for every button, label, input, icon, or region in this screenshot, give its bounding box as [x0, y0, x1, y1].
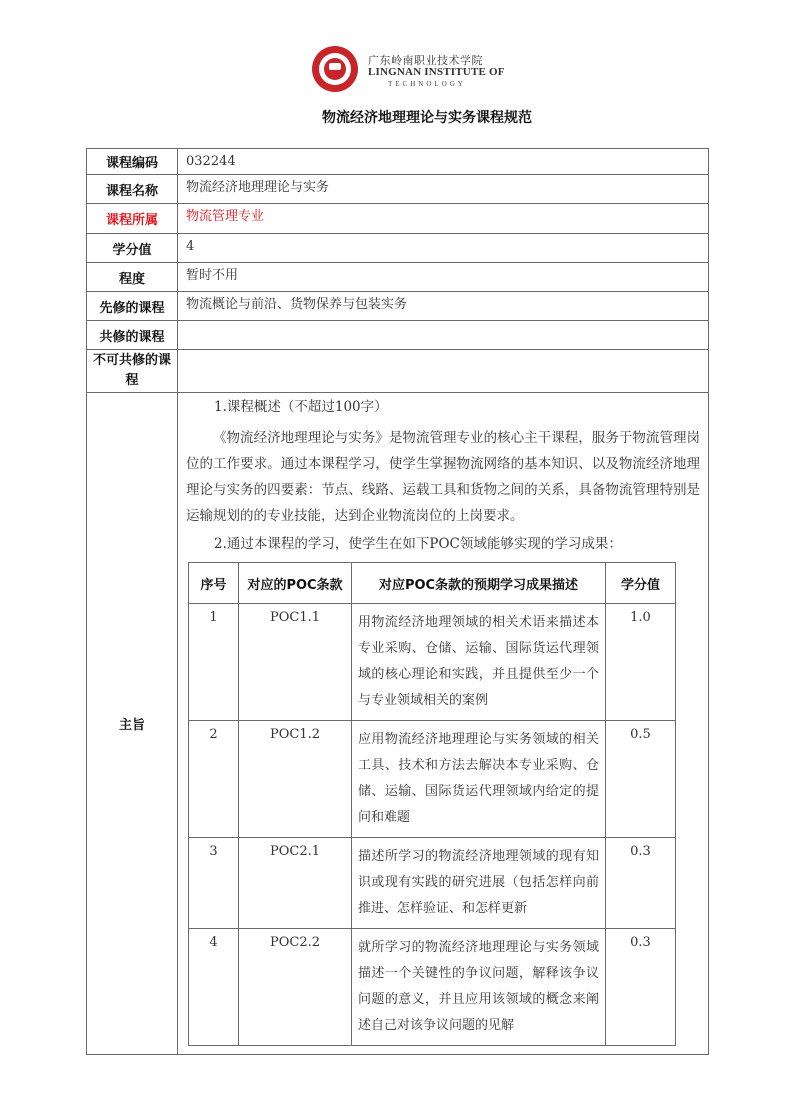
row-credit: 1.0: [606, 604, 676, 721]
table-row: 1 POC1.1 用物流经济地理领域的相关术语来描述本专业采购、仓储、运输、国际…: [189, 604, 676, 721]
course-spec-table: 课程编码 032244 课程名称 物流经济地理理论与实务 课程所属 物流管理专业…: [86, 148, 709, 1055]
row-number: 1: [189, 604, 239, 721]
field-value: 物流概论与前沿、货物保养与包装实务: [178, 292, 709, 321]
field-label: 学分值: [87, 234, 178, 263]
field-label: 程度: [87, 263, 178, 292]
column-header-poc: 对应的POC条款: [239, 563, 352, 604]
field-label: 课程所属: [87, 204, 178, 234]
row-description: 应用物流经济地理理论与实务领域的相关工具、技术和方法去解决本专业采购、仓储、运输…: [352, 721, 606, 838]
row-poc: POC2.1: [239, 838, 352, 929]
field-row-prerequisites: 先修的课程 物流概论与前沿、货物保养与包装实务: [87, 292, 709, 321]
row-description: 就所学习的物流经济地理理论与实务领域描述一个关键性的争议问题，解释该争议问题的意…: [352, 929, 606, 1046]
field-label: 共修的课程: [87, 321, 178, 350]
field-label: 课程编码: [87, 149, 178, 175]
column-header-credit: 学分值: [606, 563, 676, 604]
row-poc: POC2.2: [239, 929, 352, 1046]
institute-logo: 广东岭南职业技术学院 LINGNAN INSTITUTE OF TECHNOLO…: [312, 46, 562, 94]
row-number: 3: [189, 838, 239, 929]
field-row-aim: 主旨 1.课程概述（不超过100字） 《物流经济地理理论与实务》是物流管理专业的…: [87, 393, 709, 1055]
field-row-course-affiliation: 课程所属 物流管理专业: [87, 204, 709, 234]
field-value: 4: [178, 234, 709, 263]
row-description: 用物流经济地理领域的相关术语来描述本专业采购、仓储、运输、国际货运代理领域的核心…: [352, 604, 606, 721]
field-value: [178, 321, 709, 350]
aim-content: 1.课程概述（不超过100字） 《物流经济地理理论与实务》是物流管理专业的核心主…: [178, 393, 709, 1055]
table-row: 2 POC1.2 应用物流经济地理理论与实务领域的相关工具、技术和方法去解决本专…: [189, 721, 676, 838]
field-row-course-code: 课程编码 032244: [87, 149, 709, 175]
column-header-no: 序号: [189, 563, 239, 604]
field-value: 物流经济地理理论与实务: [178, 175, 709, 204]
poc-table: 序号 对应的POC条款 对应POC条款的预期学习成果描述 学分值 1 POC1.…: [188, 562, 676, 1046]
field-value: 物流管理专业: [178, 204, 709, 234]
row-description: 描述所学习的物流经济地理领域的现有知识或现有实践的研究进展（包括怎样向前推进、怎…: [352, 838, 606, 929]
poc-table-header: 序号 对应的POC条款 对应POC条款的预期学习成果描述 学分值: [189, 563, 676, 604]
logo-name-en-sub: TECHNOLOGY: [388, 80, 466, 88]
field-row-corequisites: 共修的课程: [87, 321, 709, 350]
overview-heading: 1.课程概述（不超过100字）: [186, 395, 700, 419]
school-seal-icon: [312, 46, 358, 92]
row-credit: 0.5: [606, 721, 676, 838]
row-number: 2: [189, 721, 239, 838]
row-poc: POC1.1: [239, 604, 352, 721]
row-credit: 0.3: [606, 838, 676, 929]
aim-label: 主旨: [87, 393, 178, 1055]
table-row: 4 POC2.2 就所学习的物流经济地理理论与实务领域描述一个关键性的争议问题，…: [189, 929, 676, 1046]
field-label: 不可共修的课程: [87, 350, 178, 393]
field-value: [178, 350, 709, 393]
logo-name-en: LINGNAN INSTITUTE OF: [368, 66, 505, 78]
field-label: 课程名称: [87, 175, 178, 204]
row-number: 4: [189, 929, 239, 1046]
field-row-credits: 学分值 4: [87, 234, 709, 263]
field-value: 032244: [178, 149, 709, 175]
field-row-exclusions: 不可共修的课程: [87, 350, 709, 393]
field-label: 先修的课程: [87, 292, 178, 321]
row-poc: POC1.2: [239, 721, 352, 838]
document-title: 物流经济地理理论与实务课程规范: [0, 107, 794, 127]
field-row-level: 程度 暂时不用: [87, 263, 709, 292]
column-header-description: 对应POC条款的预期学习成果描述: [352, 563, 606, 604]
row-credit: 0.3: [606, 929, 676, 1046]
overview-text: 《物流经济地理理论与实务》是物流管理专业的核心主干课程，服务于物流管理岗位的工作…: [186, 425, 700, 529]
field-row-course-name: 课程名称 物流经济地理理论与实务: [87, 175, 709, 204]
table-row: 3 POC2.1 描述所学习的物流经济地理领域的现有知识或现有实践的研究进展（包…: [189, 838, 676, 929]
outcomes-heading: 2.通过本课程的学习，使学生在如下POC领域能够实现的学习成果：: [186, 532, 700, 556]
field-value: 暂时不用: [178, 263, 709, 292]
